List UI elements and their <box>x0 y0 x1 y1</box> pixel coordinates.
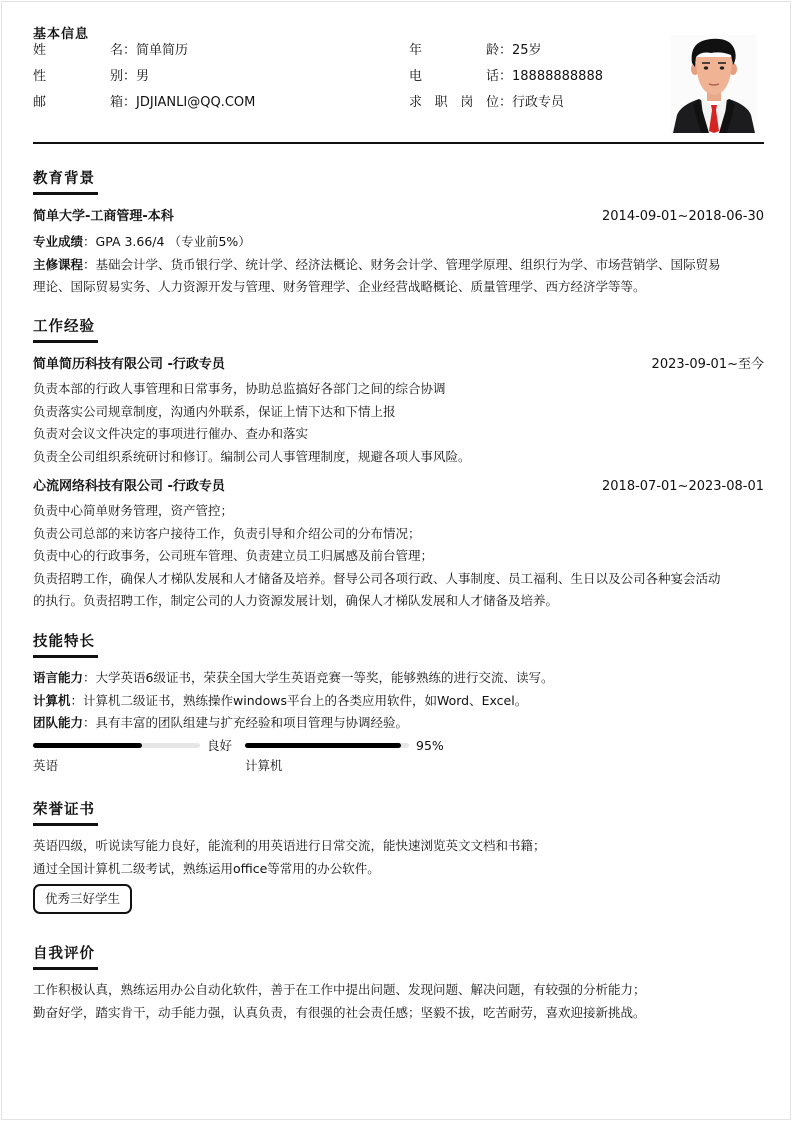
school-name: 简单大学-工商管理-本科 <box>33 209 174 224</box>
skill-text: 计算机二级证书，熟练操作windows平台上的各类应用软件，如Word、Exce… <box>83 693 527 708</box>
job-duty: 负责落实公司规章制度，沟通内外联系，保证上情下达和下情上报 <box>33 401 764 424</box>
job-duties: 负责本部的行政人事管理和日常事务，协助总监搞好各部门之间的综合协调 负责落实公司… <box>33 378 764 468</box>
info-value: 25岁 <box>512 43 542 59</box>
section-title: 荣誉证书 <box>33 798 98 826</box>
skill-name: 英语 <box>33 758 58 774</box>
info-phone: 电话：18888888888 <box>409 69 603 85</box>
skill-text: 具有丰富的团队组建与扩充经验和项目管理与协调经验。 <box>96 715 409 730</box>
education-section: 教育背景 简单大学-工商管理-本科 2014-09-01~2018-06-30 … <box>33 167 764 299</box>
person-avatar-icon <box>671 35 757 133</box>
skill-label: 团队能力 <box>33 715 83 730</box>
courses-line-2: 理论、国际贸易实务、人力资源开发与管理、财务管理学、企业经营战略概论、质量管理学… <box>33 276 764 299</box>
job-duty: 负责全公司组织系统研讨和修订。编制公司人事管理制度，规避各项人事风险。 <box>33 446 764 469</box>
info-label: 电话 <box>409 69 499 85</box>
education-entry-head: 简单大学-工商管理-本科 2014-09-01~2018-06-30 <box>33 208 764 226</box>
skill-bar-computer: 95% 计算机 <box>245 738 465 778</box>
job-duty: 负责中心的行政事务，公司班车管理、负责建立员工归属感及前台管理； <box>33 545 764 568</box>
info-label: 姓名 <box>33 43 123 59</box>
skill-level: 良好 <box>207 738 232 754</box>
info-label: 求职岗位 <box>409 95 499 111</box>
company-name: 简单简历科技有限公司 -行政专员 <box>33 357 225 372</box>
progress-track <box>245 743 409 748</box>
skill-level: 95% <box>416 738 444 754</box>
info-value: 行政专员 <box>512 95 564 111</box>
job-date: 2023-09-01~至今 <box>652 356 764 374</box>
progress-fill <box>245 743 401 748</box>
section-title: 教育背景 <box>33 167 98 195</box>
info-gender: 性别：男 <box>33 69 149 85</box>
skill-item: 计算机：计算机二级证书，熟练操作windows平台上的各类应用软件，如Word、… <box>33 690 764 713</box>
section-title: 技能特长 <box>33 630 98 658</box>
self-eval-line: 勤奋好学，踏实肯干，动手能力强，认真负责，有很强的社会责任感；坚毅不拔，吃苦耐劳… <box>33 1002 764 1025</box>
job-entry-head: 心流网络科技有限公司 -行政专员 2018-07-01~2023-08-01 <box>33 478 764 496</box>
job-entry-head: 简单简历科技有限公司 -行政专员 2023-09-01~至今 <box>33 356 764 374</box>
honor-line: 通过全国计算机二级考试，熟练运用office等常用的办公软件。 <box>33 858 764 881</box>
info-label: 年龄 <box>409 43 499 59</box>
job-duty: 负责本部的行政人事管理和日常事务，协助总监搞好各部门之间的综合协调 <box>33 378 764 401</box>
courses-text: 基础会计学、货币银行学、统计学、经济法概论、财务会计学、管理学原理、组织行为学、… <box>96 257 721 272</box>
skill-item: 团队能力：具有丰富的团队组建与扩充经验和项目管理与协调经验。 <box>33 712 764 735</box>
progress-track <box>33 743 200 748</box>
skill-label: 语言能力 <box>33 670 83 685</box>
skills-list: 语言能力：大学英语6级证书，荣获全国大学生英语竞赛一等奖，能够熟练的进行交流、读… <box>33 667 764 735</box>
info-name: 姓名：简单简历 <box>33 43 188 59</box>
company-name: 心流网络科技有限公司 -行政专员 <box>33 479 225 494</box>
job-duty: 的执行。负责招聘工作，制定公司的人力资源发展计划，确保人才梯队发展和人才储备及培… <box>33 590 764 613</box>
basic-info-title: 基本信息 <box>33 23 89 42</box>
honors-list: 英语四级，听说读写能力良好，能流利的用英语进行日常交流，能快速浏览英文文档和书籍… <box>33 835 764 880</box>
courses-line: 主修课程：基础会计学、货币银行学、统计学、经济法概论、财务会计学、管理学原理、组… <box>33 254 764 277</box>
honor-tag: 优秀三好学生 <box>33 884 132 914</box>
gpa-value: GPA 3.66/4 （专业前5%） <box>96 234 251 249</box>
info-label: 性别 <box>33 69 123 85</box>
info-value: 18888888888 <box>512 69 603 85</box>
honor-line: 英语四级，听说读写能力良好，能流利的用英语进行日常交流，能快速浏览英文文档和书籍… <box>33 835 764 858</box>
section-title: 工作经验 <box>33 315 98 343</box>
self-eval-text: 工作积极认真，熟练运用办公自动化软件，善于在工作中提出问题、发现问题、解决问题，… <box>33 979 764 1024</box>
skill-text: 大学英语6级证书，荣获全国大学生英语竞赛一等奖，能够熟练的进行交流、读写。 <box>96 670 554 685</box>
job-duties: 负责中心简单财务管理，资产管控； 负责公司总部的来访客户接待工作，负责引导和介绍… <box>33 500 764 613</box>
skill-label: 计算机 <box>33 693 71 708</box>
header-divider <box>33 142 764 144</box>
info-age: 年龄：25岁 <box>409 43 542 59</box>
self-eval-section: 自我评价 工作积极认真，熟练运用办公自动化软件，善于在工作中提出问题、发现问题、… <box>33 942 764 1024</box>
gpa-label: 专业成绩 <box>33 234 83 249</box>
info-label: 邮箱 <box>33 95 123 111</box>
skill-bar-english: 良好 英语 <box>33 738 233 778</box>
resume-page: 基本信息 姓名：简单简历 性别：男 邮箱：JDJIANLI@QQ.COM 年龄：… <box>1 1 791 1120</box>
self-eval-line: 工作积极认真，熟练运用办公自动化软件，善于在工作中提出问题、发现问题、解决问题，… <box>33 979 764 1002</box>
job-duty: 负责公司总部的来访客户接待工作，负责引导和介绍公司的分布情况； <box>33 523 764 546</box>
courses-label: 主修课程 <box>33 257 83 272</box>
honors-section: 荣誉证书 英语四级，听说读写能力良好，能流利的用英语进行日常交流，能快速浏览英文… <box>33 798 764 914</box>
skill-item: 语言能力：大学英语6级证书，荣获全国大学生英语竞赛一等奖，能够熟练的进行交流、读… <box>33 667 764 690</box>
progress-fill <box>33 743 142 748</box>
info-value: 男 <box>136 69 149 85</box>
gpa-line: 专业成绩：GPA 3.66/4 （专业前5%） <box>33 231 764 254</box>
job-date: 2018-07-01~2023-08-01 <box>602 478 764 496</box>
section-title: 自我评价 <box>33 942 98 970</box>
job-duty: 负责对会议文件决定的事项进行催办、查办和落实 <box>33 423 764 446</box>
info-value: 简单简历 <box>136 43 188 59</box>
education-date: 2014-09-01~2018-06-30 <box>602 208 764 226</box>
job-duty: 负责中心简单财务管理，资产管控； <box>33 500 764 523</box>
job-duty: 负责招聘工作，确保人才梯队发展和人才储备及培养。督导公司各项行政、人事制度、员工… <box>33 568 764 591</box>
skill-name: 计算机 <box>245 758 283 774</box>
info-position: 求职岗位：行政专员 <box>409 95 564 111</box>
honor-tags: 优秀三好学生 <box>33 884 764 914</box>
work-section: 工作经验 简单简历科技有限公司 -行政专员 2023-09-01~至今 负责本部… <box>33 315 764 613</box>
skills-section: 技能特长 语言能力：大学英语6级证书，荣获全国大学生英语竞赛一等奖，能够熟练的进… <box>33 630 764 735</box>
avatar-photo <box>671 35 757 133</box>
info-value: JDJIANLI@QQ.COM <box>136 95 255 111</box>
info-email: 邮箱：JDJIANLI@QQ.COM <box>33 95 255 111</box>
